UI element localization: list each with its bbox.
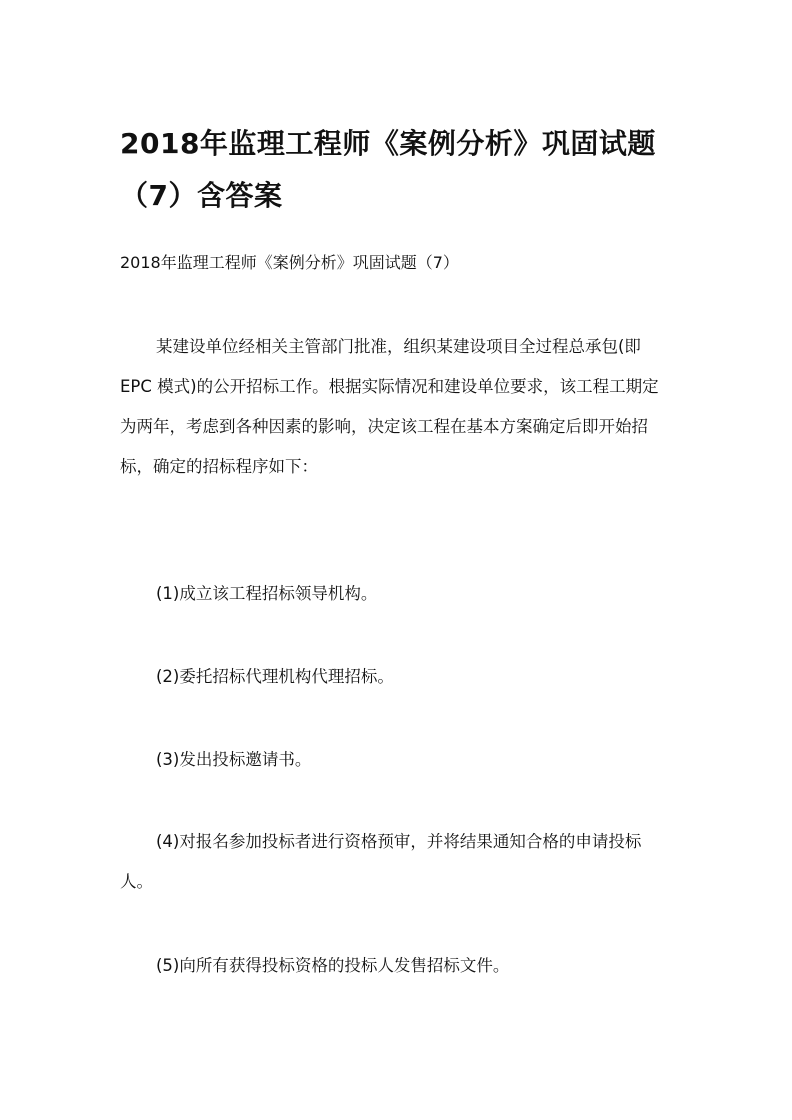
step-item-2: (2)委托招标代理机构代理招标。 [120, 657, 665, 697]
step-item-1: (1)成立该工程招标领导机构。 [120, 574, 665, 614]
step-item-4: (4)对报名参加投标者进行资格预审，并将结果通知合格的申请投标人。 [120, 822, 665, 902]
document-subtitle: 2018年监理工程师《案例分析》巩固试题（7） [120, 250, 459, 276]
step-item-5: (5)向所有获得投标资格的投标人发售招标文件。 [120, 946, 665, 986]
document-title: 2018年监理工程师《案例分析》巩固试题（7）含答案 [120, 118, 680, 222]
intro-paragraph: 某建设单位经相关主管部门批准，组织某建设项目全过程总承包(即 EPC 模式)的公… [120, 327, 665, 487]
step-item-3: (3)发出投标邀请书。 [120, 740, 665, 780]
